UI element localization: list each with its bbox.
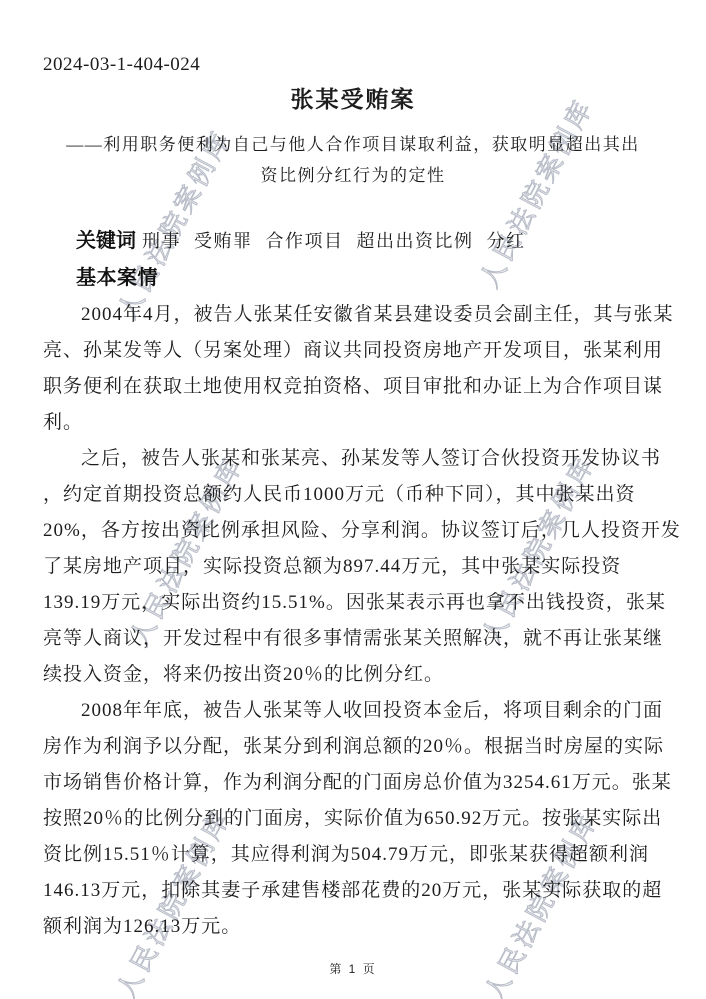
- document-content: 2024-03-1-404-024 张某受贿案 ——利用职务便利为自己与他人合作…: [0, 0, 706, 999]
- body-line: 职务便利在获取土地使用权竞拍资格、项目审批和办证上为合作项目谋: [43, 369, 665, 405]
- case-number: 2024-03-1-404-024: [43, 53, 200, 77]
- body-line: 资比例15.51％计算，其应得利润为504.79万元，即张某获得超额利润: [43, 837, 665, 873]
- subtitle-line-1: ——利用职务便利为自己与他人合作项目谋取利益，获取明显超出其出: [23, 129, 683, 160]
- body-line: 市场销售价格计算，作为利润分配的门面房总价值为3254.61万元。张某: [43, 765, 665, 801]
- body-line: 之后，被告人张某和张某亮、孙某发等人签订合伙投资开发协议书: [43, 441, 665, 477]
- body-line: 房作为利润予以分配，张某分到利润总额的20％。根据当时房屋的实际: [43, 729, 665, 765]
- body-line: 146.13万元，扣除其妻子承建售楼部花费的20万元，张某实际获取的超: [43, 873, 665, 909]
- document-page: 人民法院案例库人民法院案例库人民法院案例库人民法院案例库人民法院案例库人民法院案…: [0, 0, 706, 999]
- body-line: 续投入资金，将来仍按出资20％的比例分红。: [43, 657, 665, 693]
- page-number-footer: 第 1 页: [0, 960, 706, 977]
- page-title: 张某受贿案: [0, 85, 706, 115]
- document-subtitle: ——利用职务便利为自己与他人合作项目谋取利益，获取明显超出其出 资比例分红行为的…: [23, 129, 683, 191]
- body-text: 2004年4月，被告人张某任安徽省某县建设委员会副主任，其与张某亮、孙某发等人（…: [43, 297, 665, 945]
- body-line: 2004年4月，被告人张某任安徽省某县建设委员会副主任，其与张某: [43, 297, 665, 333]
- body-paragraph: 2004年4月，被告人张某任安徽省某县建设委员会副主任，其与张某亮、孙某发等人（…: [43, 297, 665, 441]
- body-line: 139.19万元，实际出资约15.51%。因张某表示再也拿不出钱投资，张某: [43, 585, 665, 621]
- keyword-item: 超出出资比例: [357, 231, 474, 251]
- keyword-item: 分红: [487, 231, 526, 251]
- keyword-item: 刑事: [142, 231, 181, 251]
- body-line: 20%，各方按出资比例承担风险、分享利润。协议签订后，几人投资开发: [43, 513, 665, 549]
- keywords-list: 刑事受贿罪合作项目超出出资比例分红: [142, 234, 539, 251]
- keywords-label: 关键词: [76, 230, 136, 252]
- section-heading-basic-facts: 基本案情: [76, 265, 158, 291]
- body-line: ，约定首期投资总额约人民币1000万元（币种下同），其中张某出资: [43, 477, 665, 513]
- body-line: 利。: [43, 405, 665, 441]
- keyword-item: 合作项目: [266, 231, 344, 251]
- keyword-item: 受贿罪: [194, 231, 253, 251]
- body-line: 额利润为126.13万元。: [43, 909, 665, 945]
- body-line: 亮等人商议，开发过程中有很多事情需张某关照解决，就不再让张某继: [43, 621, 665, 657]
- body-line: 按照20％的比例分到的门面房，实际价值为650.92万元。按张某实际出: [43, 801, 665, 837]
- keywords-row: 关键词刑事受贿罪合作项目超出出资比例分红: [76, 229, 666, 255]
- body-paragraph: 2008年年底，被告人张某等人收回投资本金后，将项目剩余的门面房作为利润予以分配…: [43, 693, 665, 945]
- subtitle-line-2: 资比例分红行为的定性: [23, 160, 683, 191]
- body-paragraph: 之后，被告人张某和张某亮、孙某发等人签订合伙投资开发协议书，约定首期投资总额约人…: [43, 441, 665, 693]
- body-line: 2008年年底，被告人张某等人收回投资本金后，将项目剩余的门面: [43, 693, 665, 729]
- body-line: 了某房地产项目，实际投资总额为897.44万元，其中张某实际投资: [43, 549, 665, 585]
- body-line: 亮、孙某发等人（另案处理）商议共同投资房地产开发项目，张某利用: [43, 333, 665, 369]
